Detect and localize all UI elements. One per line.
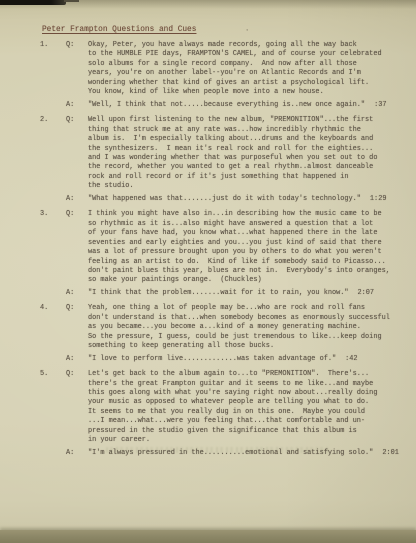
cue-time: 1:29 xyxy=(361,195,387,203)
cue-time: 2:01 xyxy=(373,449,399,457)
answer-label: A: xyxy=(66,355,88,364)
answer-row: A: "What happened was that.......just do… xyxy=(40,195,416,204)
photo-bottom-background xyxy=(0,530,416,543)
qa-list: 1. Q: Okay, Peter, you have always made … xyxy=(0,41,416,458)
qa-item-5: 5. Q: Let's get back to the album again … xyxy=(40,370,416,458)
answer-text: "What happened was that.......just do it… xyxy=(88,195,416,204)
question-row: 5. Q: Let's get back to the album again … xyxy=(40,370,416,446)
question-label: Q: xyxy=(66,210,88,219)
cue-time: :37 xyxy=(365,101,386,109)
photo-corner-dark-edge xyxy=(0,0,66,5)
answer-row: A: "I love to perform live.............w… xyxy=(40,355,416,364)
answer-label: A: xyxy=(66,195,88,204)
question-text: I think you might have also in...in desc… xyxy=(88,210,416,286)
question-label: Q: xyxy=(66,41,88,50)
qa-item-3: 3. Q: I think you might have also in...i… xyxy=(40,210,416,298)
answer-row: A: "I think that the problem.......wait … xyxy=(40,289,416,298)
question-text: Well upon first listening to the new alb… xyxy=(88,116,416,192)
question-row: 2. Q: Well upon first listening to the n… xyxy=(40,116,416,192)
question-text: Let's get back to the album again to...t… xyxy=(88,370,416,446)
ink-bleedthrough-smudge xyxy=(106,447,330,453)
photo-corner-dark-edge-tail xyxy=(64,0,79,2)
answer-quote: "I love to perform live.............was … xyxy=(88,355,336,363)
answer-text: "I think that the problem.......wait for… xyxy=(88,289,416,298)
document-photo: Peter Frampton Questions and Cues ' 1. Q… xyxy=(0,0,416,543)
cue-time: :42 xyxy=(336,355,357,363)
qa-item-4: 4. Q: Yeah, one thing a lot of people ma… xyxy=(40,304,416,364)
answer-label: A: xyxy=(66,449,88,458)
answer-text: "Well, I think that not.....because ever… xyxy=(88,101,416,110)
item-number: 3. xyxy=(40,210,66,219)
item-number: 4. xyxy=(40,304,66,313)
question-text: Okay, Peter, you have always made record… xyxy=(88,41,416,98)
cue-time: 2:07 xyxy=(349,289,375,297)
item-number: 1. xyxy=(40,41,66,50)
item-number: 5. xyxy=(40,370,66,379)
question-row: 1. Q: Okay, Peter, you have always made … xyxy=(40,41,416,98)
answer-quote: "I think that the problem.......wait for… xyxy=(88,289,349,297)
question-label: Q: xyxy=(66,116,88,125)
answer-row: A: "Well, I think that not.....because e… xyxy=(40,101,416,110)
answer-label: A: xyxy=(66,289,88,298)
item-number: 2. xyxy=(40,116,66,125)
question-label: Q: xyxy=(66,304,88,313)
page-title: Peter Frampton Questions and Cues xyxy=(42,26,196,35)
qa-item-2: 2. Q: Well upon first listening to the n… xyxy=(40,116,416,204)
question-row: 3. Q: I think you might have also in...i… xyxy=(40,210,416,286)
answer-quote: "Well, I think that not.....because ever… xyxy=(88,101,365,109)
question-row: 4. Q: Yeah, one thing a lot of people ma… xyxy=(40,304,416,351)
question-label: Q: xyxy=(66,370,88,379)
answer-label: A: xyxy=(66,101,88,110)
answer-text: "I love to perform live.............was … xyxy=(88,355,416,364)
stray-typewriter-mark: ' xyxy=(245,29,249,37)
qa-item-1: 1. Q: Okay, Peter, you have always made … xyxy=(40,41,416,110)
question-text: Yeah, one thing a lot of people may be..… xyxy=(88,304,416,351)
answer-quote: "What happened was that.......just do it… xyxy=(88,195,361,203)
